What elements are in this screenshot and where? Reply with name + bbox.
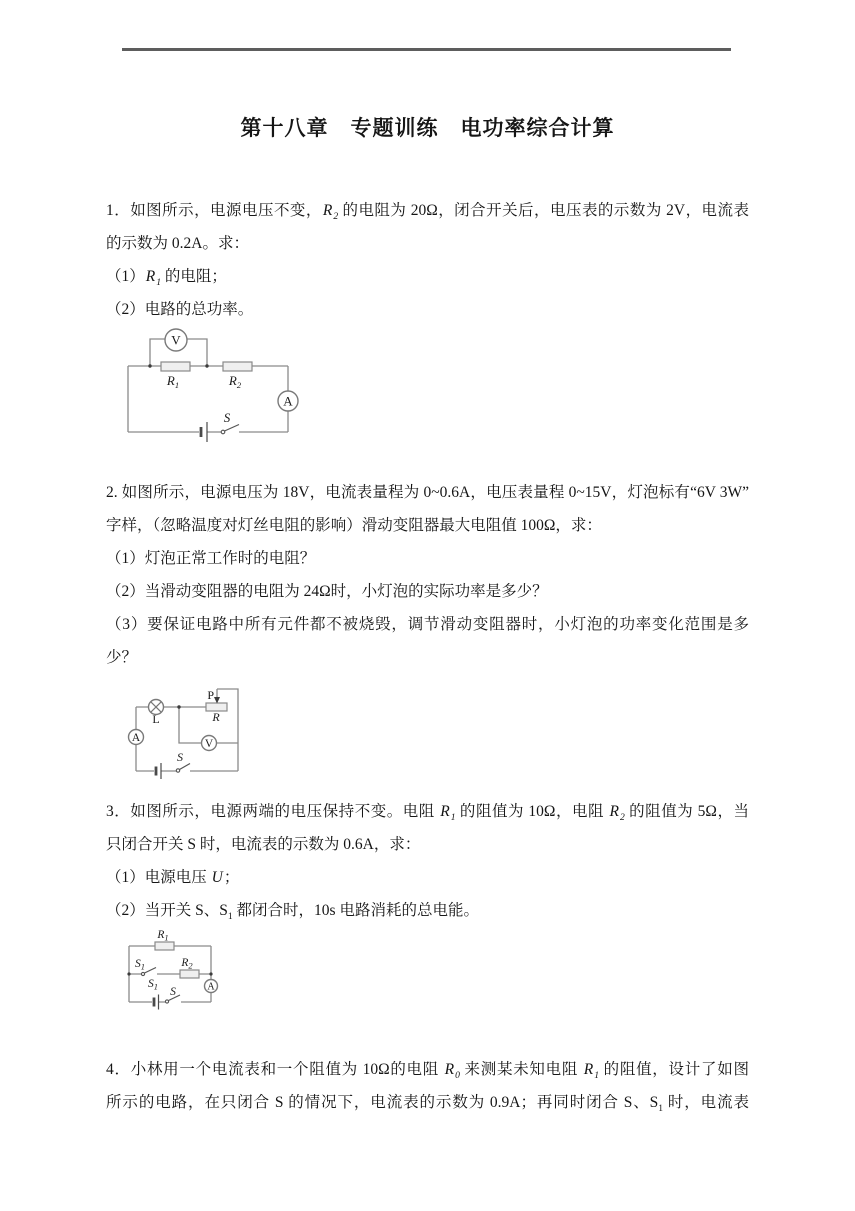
text-segment: （2）当开关 S、S (106, 902, 228, 919)
resistor-r1-symbol (161, 362, 190, 371)
question-4: 4．小林用一个电流表和一个阻值为 10Ω的电阻 R0 来测某未知电阻 R1 的阻… (106, 1053, 749, 1119)
question-2: 2. 如图所示，电源电压为 18V，电流表量程为 0~0.6A，电压表量程 0~… (106, 476, 749, 674)
text-line: （2）当开关 S、S1 都闭合时，10s 电路消耗的总电能。 (106, 894, 749, 927)
text-segment: 的阻值，设计了如图 (599, 1061, 749, 1078)
text-segment: 的示数为 0.2A。求： (106, 235, 249, 252)
battery-symbol (154, 995, 159, 1010)
r2-subscript: 2 (188, 961, 193, 971)
resistor-r2-label: R2 (228, 373, 242, 390)
r2-letter: R (180, 957, 188, 969)
text-segment: 的阻值为 10Ω，电阻 (456, 803, 609, 820)
junction-dot (209, 972, 212, 975)
switch-label: S (177, 750, 183, 764)
text-segment: 来测某未知电阻 (460, 1061, 583, 1078)
r1-letter: R (166, 373, 175, 388)
text-segment: 2. 如图所示，电源电压为 18V，电流表量程为 0~0.6A，电压表量程 0~… (106, 484, 749, 501)
text-segment: 1．如图所示，电源电压不变， (106, 202, 322, 219)
voltmeter-label: V (205, 738, 214, 750)
lamp-label: L (152, 712, 159, 726)
text-segment: 所示的电路，在只闭合 S 的情况下，电流表的示数为 0.9A；再同时闭合 S、S (106, 1094, 658, 1111)
text-segment: R (322, 202, 333, 219)
r1-subscript: 1 (175, 380, 179, 390)
junction-dot (205, 364, 208, 367)
text-segment: 字样，（忽略温度对灯丝电阻的影响）滑动变阻器最大电阻值 100Ω，求： (106, 517, 602, 534)
r2-letter: R (228, 373, 237, 388)
resistor-r2-symbol (180, 970, 199, 978)
text-segment: R (444, 1061, 455, 1078)
switch-s1-label: S1 (135, 958, 145, 972)
text-segment: 少？ (106, 649, 137, 666)
text-line: 所示的电路，在只闭合 S 的情况下，电流表的示数为 0.9A；再同时闭合 S、S… (106, 1086, 749, 1119)
text-segment: （1）灯泡正常工作时的电阻？ (106, 550, 315, 567)
text-line: （1）电源电压 U； (106, 861, 749, 894)
switch-label: S (170, 986, 176, 998)
question-1: 1．如图所示，电源电压不变，R2 的电阻为 20Ω，闭合开关后，电压表的示数为 … (106, 194, 749, 326)
text-segment: R (439, 803, 450, 820)
text-line: 1．如图所示，电源电压不变，R2 的电阻为 20Ω，闭合开关后，电压表的示数为 … (106, 194, 749, 227)
resistor-r1-symbol (155, 942, 174, 950)
text-segment: 只闭合开关 S 时，电流表的示数为 0.6A，求： (106, 836, 420, 853)
r1-subscript: 1 (164, 933, 168, 943)
text-segment: R (145, 268, 156, 285)
text-segment: （1）电源电压 (106, 869, 211, 886)
text-segment: 的电阻为 20Ω，闭合开关后，电压表的示数为 2V，电流表 (338, 202, 749, 219)
text-line: 2. 如图所示，电源电压为 18V，电流表量程为 0~0.6A，电压表量程 0~… (106, 476, 749, 509)
s1-dup-subscript: 1 (154, 982, 158, 992)
text-line: （3）要保证电路中所有元件都不被烧毁，调节滑动变阻器时，小灯泡的功率变化范围是多 (106, 608, 749, 641)
text-line: 4．小林用一个电流表和一个阻值为 10Ω的电阻 R0 来测某未知电阻 R1 的阻… (106, 1053, 749, 1086)
r2-subscript: 2 (237, 380, 242, 390)
text-segment: 都闭合时，10s 电路消耗的总电能。 (233, 902, 479, 919)
text-line: （1）R1 的电阻； (106, 260, 749, 293)
text-line: 少？ (106, 641, 749, 674)
voltmeter-label: V (171, 333, 181, 348)
text-segment: （3）要保证电路中所有元件都不被烧毁，调节滑动变阻器时，小灯泡的功率变化范围是多 (106, 616, 749, 633)
text-segment: 的电阻； (161, 268, 227, 285)
text-line: （2）当滑动变阻器的电阻为 24Ω时，小灯泡的实际功率是多少？ (106, 575, 749, 608)
r1-letter: R (156, 929, 164, 941)
ammeter-label: A (132, 732, 141, 744)
battery-symbol (201, 422, 207, 442)
text-segment: R (608, 803, 619, 820)
battery-symbol (156, 763, 161, 779)
text-line: 字样，（忽略温度对灯丝电阻的影响）滑动变阻器最大电阻值 100Ω，求： (106, 509, 749, 542)
text-segment: ； (224, 869, 240, 886)
text-segment: （1） (106, 268, 145, 285)
junction-dot (177, 705, 180, 708)
slider-label: P (207, 688, 214, 702)
text-segment: 时，电流表 (663, 1094, 749, 1111)
switch-symbol (176, 764, 190, 773)
text-segment: 4．小林用一个电流表和一个阻值为 10Ω的电阻 (106, 1061, 444, 1078)
resistor-r1-label: R1 (166, 373, 179, 390)
text-line: 的示数为 0.2A。求： (106, 227, 749, 260)
switch-label: S (224, 410, 231, 425)
wires (128, 339, 288, 432)
page-title: 第十八章 专题训练 电功率综合计算 (0, 112, 855, 142)
text-segment: R (583, 1061, 594, 1078)
resistor-r2-label: R2 (180, 957, 193, 971)
question-3: 3．如图所示，电源两端的电压保持不变。电阻 R1 的阻值为 10Ω，电阻 R2 … (106, 795, 749, 927)
rheostat-label: R (211, 710, 220, 724)
ammeter-label: A (283, 394, 293, 409)
text-line: 只闭合开关 S 时，电流表的示数为 0.6A，求： (106, 828, 749, 861)
resistor-r2-symbol (223, 362, 252, 371)
text-segment: U (211, 869, 224, 886)
switch-s1-duplicate-label: S1 (148, 978, 158, 992)
switch-symbol (221, 425, 239, 434)
header-rule (122, 48, 731, 51)
text-line: 3．如图所示，电源两端的电压保持不变。电阻 R1 的阻值为 10Ω，电阻 R2 … (106, 795, 749, 828)
junction-dot (148, 364, 151, 367)
text-segment: （2）当滑动变阻器的电阻为 24Ω时，小灯泡的实际功率是多少？ (106, 583, 548, 600)
ammeter-label: A (207, 982, 215, 993)
s1-subscript: 1 (141, 962, 145, 972)
text-segment: （2）电路的总功率。 (106, 301, 253, 318)
text-line: （1）灯泡正常工作时的电阻？ (106, 542, 749, 575)
circuit-diagram-2: L A P R V S (120, 678, 250, 783)
junction-dot (127, 972, 130, 975)
text-segment: 3．如图所示，电源两端的电压保持不变。电阻 (106, 803, 439, 820)
text-segment: 的阻值为 5Ω，当 (625, 803, 749, 820)
circuit-diagram-3: R1 S1 R2 S1 A S (122, 925, 227, 1015)
worksheet-page: 第十八章 专题训练 电功率综合计算 1．如图所示，电源电压不变，R2 的电阻为 … (0, 0, 855, 1211)
text-line: （2）电路的总功率。 (106, 293, 749, 326)
resistor-r1-label: R1 (156, 929, 168, 943)
circuit-diagram-1: V R1 R2 A S (125, 326, 300, 446)
